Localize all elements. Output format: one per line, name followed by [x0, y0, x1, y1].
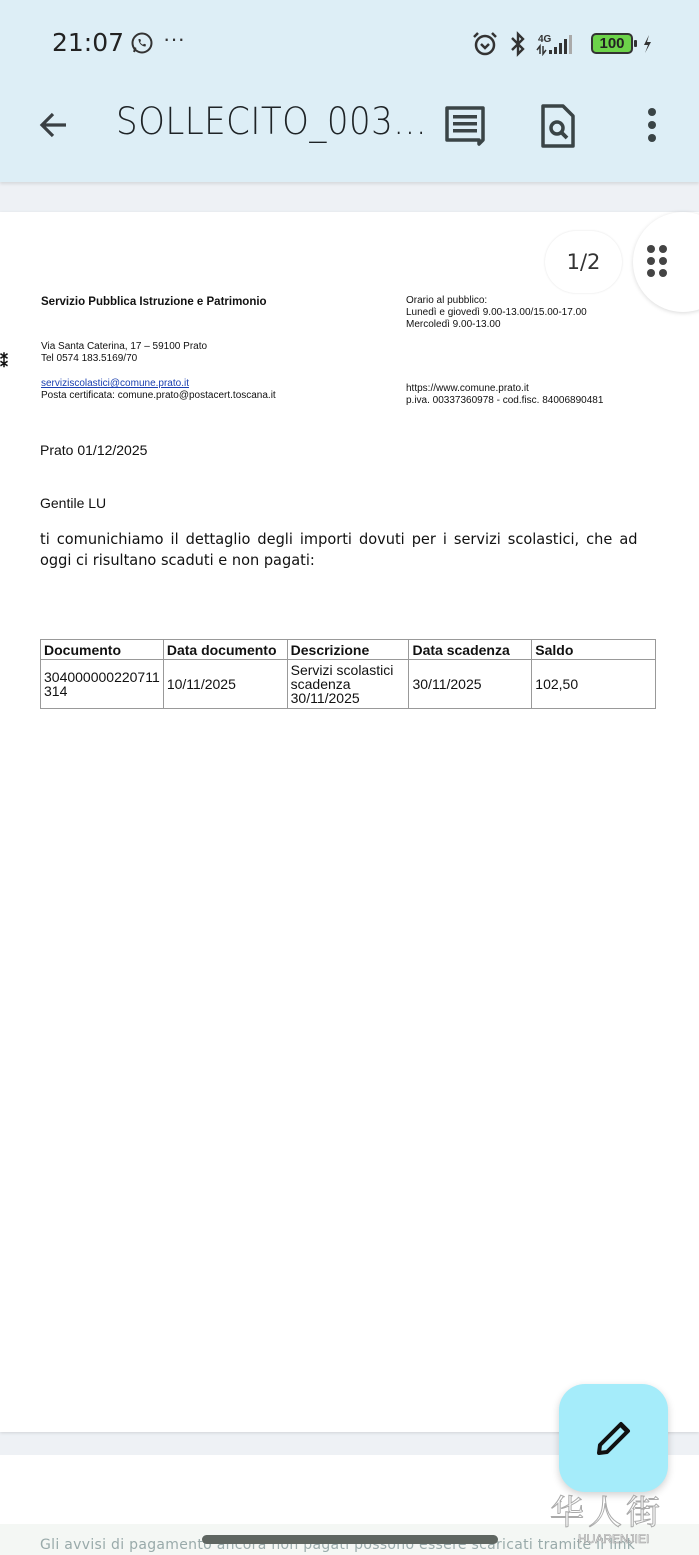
table-row: 304000000220711314 10/11/2025 Servizi sc… [41, 660, 656, 709]
hours-line: Lunedì e giovedì 9.00-13.00/15.00-17.00 [406, 307, 587, 319]
pencil-edit-icon [595, 1419, 633, 1457]
col-descrizione: Descrizione [287, 640, 409, 660]
col-saldo: Saldo [532, 640, 656, 660]
cell-descrizione: Servizi scolastici scadenza 30/11/2025 [287, 660, 409, 709]
tax-ids: p.iva. 00337360978 - cod.fisc. 840068904… [406, 395, 603, 407]
more-notifications-icon: ··· [163, 26, 185, 52]
page-indicator: 1/2 [545, 231, 622, 293]
hours-line: Orario al pubblico: [406, 295, 587, 307]
cell-data-scadenza: 30/11/2025 [409, 660, 532, 709]
top-app-bar: 21:07 ··· 4G 1 [0, 0, 699, 182]
arrow-back-icon[interactable] [36, 106, 74, 144]
status-bar: 21:07 ··· 4G 1 [0, 28, 699, 60]
find-in-page-icon[interactable] [537, 104, 581, 148]
office-hours: Orario al pubblico: Lunedì e giovedì 9.0… [406, 295, 587, 331]
pdf-page-1: ⁑ Servizio Pubblica Istruzione e Patrimo… [0, 212, 699, 1432]
watermark-subtitle: HUARENJIEI [578, 1532, 649, 1546]
col-data-scadenza: Data scadenza [409, 640, 532, 660]
contact-block: serviziscolastici@comune.prato.it Posta … [41, 378, 276, 402]
signal-4g-icon: 4G [535, 32, 581, 56]
cell-documento: 304000000220711314 [41, 660, 164, 709]
app-toolbar: SOLLECITO_003... [0, 92, 699, 160]
office-name: Servizio Pubblica Istruzione e Patrimoni… [41, 296, 267, 308]
grid-dots-icon [647, 245, 655, 253]
battery-icon: 100 [591, 33, 633, 54]
document-title: SOLLECITO_003... [116, 100, 427, 143]
bluetooth-icon [509, 30, 527, 58]
status-time: 21:07 [52, 28, 124, 57]
alarm-icon [471, 30, 499, 58]
hours-line: Mercoledì 9.00-13.00 [406, 319, 587, 331]
address-line: Via Santa Caterina, 17 – 59100 Prato [41, 341, 207, 353]
phone-line: Tel 0574 183.5169/70 [41, 353, 207, 365]
cell-saldo: 102,50 [532, 660, 656, 709]
charging-icon [641, 32, 653, 56]
edge-mark: ⁑ [0, 352, 8, 372]
whatsapp-icon [130, 31, 154, 55]
col-documento: Documento [41, 640, 164, 660]
battery-tip [634, 40, 637, 47]
place-date: Prato 01/12/2025 [40, 442, 147, 458]
cell-data-documento: 10/11/2025 [163, 660, 287, 709]
website-url: https://www.comune.prato.it [406, 383, 603, 395]
comment-icon[interactable] [443, 104, 487, 148]
gesture-home-indicator[interactable] [202, 1535, 498, 1544]
greeting: Gentile LU [40, 495, 106, 511]
website-block: https://www.comune.prato.it p.iva. 00337… [406, 383, 603, 407]
pec-line: Posta certificata: comune.prato@postacer… [41, 390, 276, 402]
dues-table: Documento Data documento Descrizione Dat… [40, 639, 656, 709]
col-data-documento: Data documento [163, 640, 287, 660]
office-address: Via Santa Caterina, 17 – 59100 Prato Tel… [41, 341, 207, 365]
svg-text:4G: 4G [538, 34, 552, 45]
watermark-logo: 华人街 [550, 1485, 664, 1534]
edit-fab-button[interactable] [559, 1384, 668, 1492]
table-header-row: Documento Data documento Descrizione Dat… [41, 640, 656, 660]
more-vert-icon[interactable] [630, 104, 674, 148]
email-link[interactable]: serviziscolastici@comune.prato.it [41, 378, 189, 389]
body-paragraph: ti comunichiamo il dettaglio degli impor… [40, 529, 638, 571]
